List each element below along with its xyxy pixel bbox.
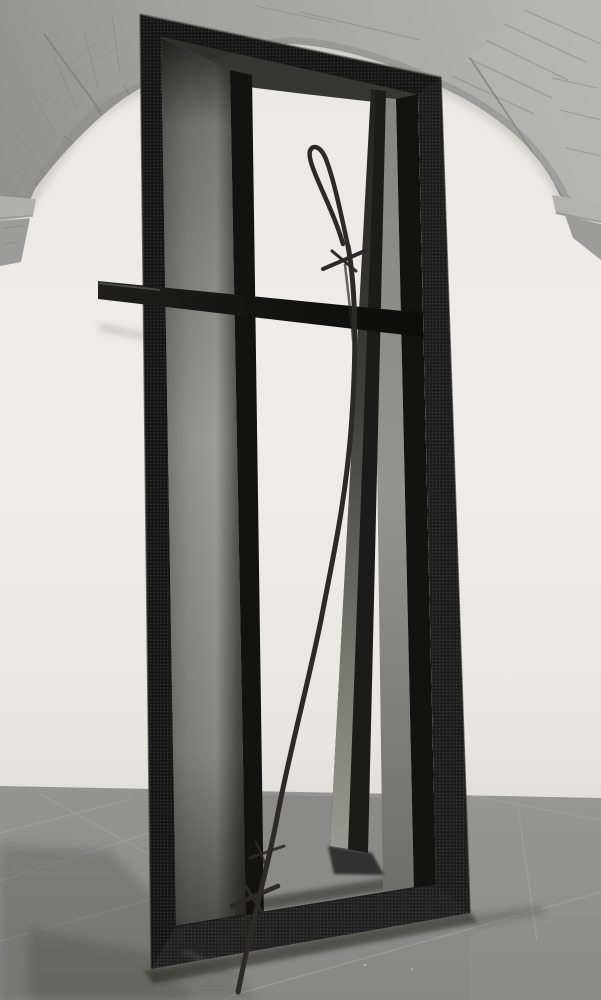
floor-dust-speck-2 <box>411 968 413 970</box>
floor-dust-speck-1 <box>364 964 366 966</box>
sculpture-photograph <box>0 0 601 1000</box>
photo-stage <box>0 0 601 1000</box>
floor-light-right <box>470 786 601 1000</box>
